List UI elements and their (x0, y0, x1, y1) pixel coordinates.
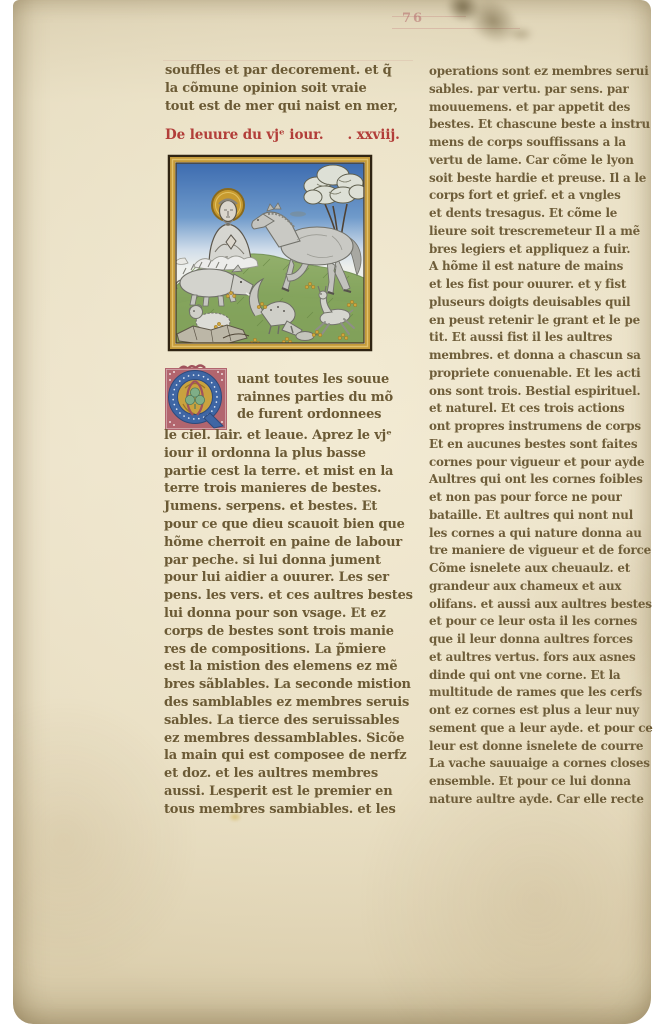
text-line: les cornes a qui nature donna au (429, 525, 657, 543)
rubric-chapter-number: . xxviij. (347, 127, 399, 143)
text-line: sement que a leur ayde. et pour ce (429, 720, 657, 738)
text-line: lui donna pour son vsage. Et ez (164, 605, 416, 623)
text-line: leur est donne isnelete de courre (429, 738, 657, 756)
text-line: bres sãblables. La seconde mistion (164, 676, 416, 694)
text-line: aussi. Lesperit est le premier en (164, 783, 416, 801)
rubric-title: De leuure du vjᵉ iour. (165, 127, 323, 143)
text-line: sables. par vertu. par sens. par (429, 81, 657, 99)
text-line: et non pas pour force ne pour (429, 489, 657, 507)
text-line: de furent ordonnees (237, 406, 393, 424)
text-line: Aultres qui ont les cornes foibles (429, 471, 657, 489)
dark-cloud (290, 211, 306, 216)
text-line: et les fist pour ouurer. et y fist (429, 276, 657, 294)
text-line: tre maniere de vigueur et de force (429, 542, 657, 560)
manuscript-photo: 76 souffles et par decorement. et q̃ la … (0, 0, 660, 1024)
text-line: le ciel. lair. et leaue. Aprez le vjᵉ (164, 427, 416, 445)
text-line: grandeur aux chameux et aux (429, 578, 657, 596)
text-line: propriete conuenable. Et les acti (429, 365, 657, 383)
text-line: vertu de lame. Car cõme le lyon (429, 152, 657, 170)
initial-side-text: uant toutes les souue rainnes parties du… (237, 371, 393, 424)
text-line: et pour ce leur osta il les cornes (429, 613, 657, 631)
text-line: ons sont trois. Bestial espirituel. (429, 383, 657, 401)
text-line: la cõmune opinion soit vraie (165, 80, 398, 98)
text-line: tit. Et aussi fist il les aultres (429, 329, 657, 347)
text-line: lieure soit trescremeteur Il a mẽ (429, 223, 657, 241)
text-line: sables. La tierce des seruissables (164, 712, 416, 730)
text-line: mens de corps souffissans a la (429, 134, 657, 152)
text-line: et naturel. Et ces trois actions (429, 400, 657, 418)
text-line: corps fort et grief. et a vngles (429, 187, 657, 205)
text-line: pour lui aidier a ouurer. Les ser (164, 569, 416, 587)
text-line: tous membres sambiables. et les (164, 801, 416, 819)
text-line: cornes pour vigueur et pour ayde (429, 454, 657, 472)
text-line: et doz. et les aultres membres (164, 765, 416, 783)
text-line: iour il ordonna la plus basse (164, 445, 416, 463)
text-line: soit beste hardie et preuse. Il a le (429, 170, 657, 188)
text-line: et aultres vertus. fors aux asnes (429, 649, 657, 667)
text-line: la main qui est composee de nerfz (164, 747, 416, 765)
text-line: partie cest la terre. et mist en la (164, 463, 416, 481)
text-line: ont propres instrumens de corps (429, 418, 657, 436)
miniature-scene (167, 154, 373, 352)
text-line: nature aultre ayde. Car elle recte (429, 791, 657, 809)
text-line: hõme cherroit en paine de labour (164, 534, 416, 552)
text-line: par peche. si lui donna jument (164, 552, 416, 570)
text-line: Jumens. serpens. et bestes. Et (164, 498, 416, 516)
left-text-column: le ciel. lair. et leaue. Aprez le vjᵉ io… (164, 427, 416, 819)
text-line: dinde qui ont vne corne. Et la (429, 667, 657, 685)
ink-stain (508, 26, 534, 42)
text-line: tout est de mer qui naist en mer, (165, 98, 398, 116)
text-line: multitude de rames que les cerfs (429, 684, 657, 702)
text-line: bres legiers et appliquez a fuir. (429, 241, 657, 259)
text-line: mouuemens. et par appetit des (429, 99, 657, 117)
text-line: en peust retenir le grant et le pe (429, 312, 657, 330)
text-line: ont ez cornes est plus a leur nuy (429, 702, 657, 720)
text-line: olifans. et aussi aux aultres bestes (429, 596, 657, 614)
text-line: Et en aucunes bestes sont faites (429, 436, 657, 454)
folio-number: 76 (402, 11, 424, 26)
text-line: est la mistion des elemens ez mẽ (164, 658, 416, 676)
text-line: res de compositions. La p̃miere (164, 641, 416, 659)
text-line: ez membres dessamblables. Sicõe (164, 730, 416, 748)
rubric-line: De leuure du vjᵉ iour.. xxviij. (165, 126, 400, 144)
ruling-line (163, 60, 413, 61)
text-line: pluseurs doigts deuisables quil (429, 294, 657, 312)
text-line: A hõme il est nature de mains (429, 258, 657, 276)
illuminated-initial-q (165, 364, 227, 430)
text-line: La vache sauuaige a cornes closes (429, 755, 657, 773)
left-column-intro: souffles et par decorement. et q̃ la cõm… (165, 62, 398, 116)
text-line: bataille. Et aultres qui nont nul (429, 507, 657, 525)
miniature-painting (167, 154, 373, 352)
text-line: operations sont ez membres serui (429, 63, 657, 81)
text-line: membres. et donna a chascun sa (429, 347, 657, 365)
text-line: pens. les vers. et ces aultres bestes (164, 587, 416, 605)
text-line: corps de bestes sont trois manie (164, 623, 416, 641)
text-line: uant toutes les souue (237, 371, 393, 389)
text-line: souffles et par decorement. et q̃ (165, 62, 398, 80)
text-line: pour ce que dieu scauoit bien que (164, 516, 416, 534)
text-line: et dents tresagus. Et cõme le (429, 205, 657, 223)
text-line: rainnes parties du mõ (237, 389, 393, 407)
text-line: que il leur donna aultres forces (429, 631, 657, 649)
text-line: Cõme isnelete aux cheuaulz. et (429, 560, 657, 578)
text-line: ensemble. Et pour ce lui donna (429, 773, 657, 791)
right-text-column: operations sont ez membres serui sables.… (429, 63, 657, 809)
text-line: terre trois manieres de bestes. (164, 480, 416, 498)
text-line: des samblables ez membres seruis (164, 694, 416, 712)
text-line: bestes. Et chascune beste a instru (429, 116, 657, 134)
